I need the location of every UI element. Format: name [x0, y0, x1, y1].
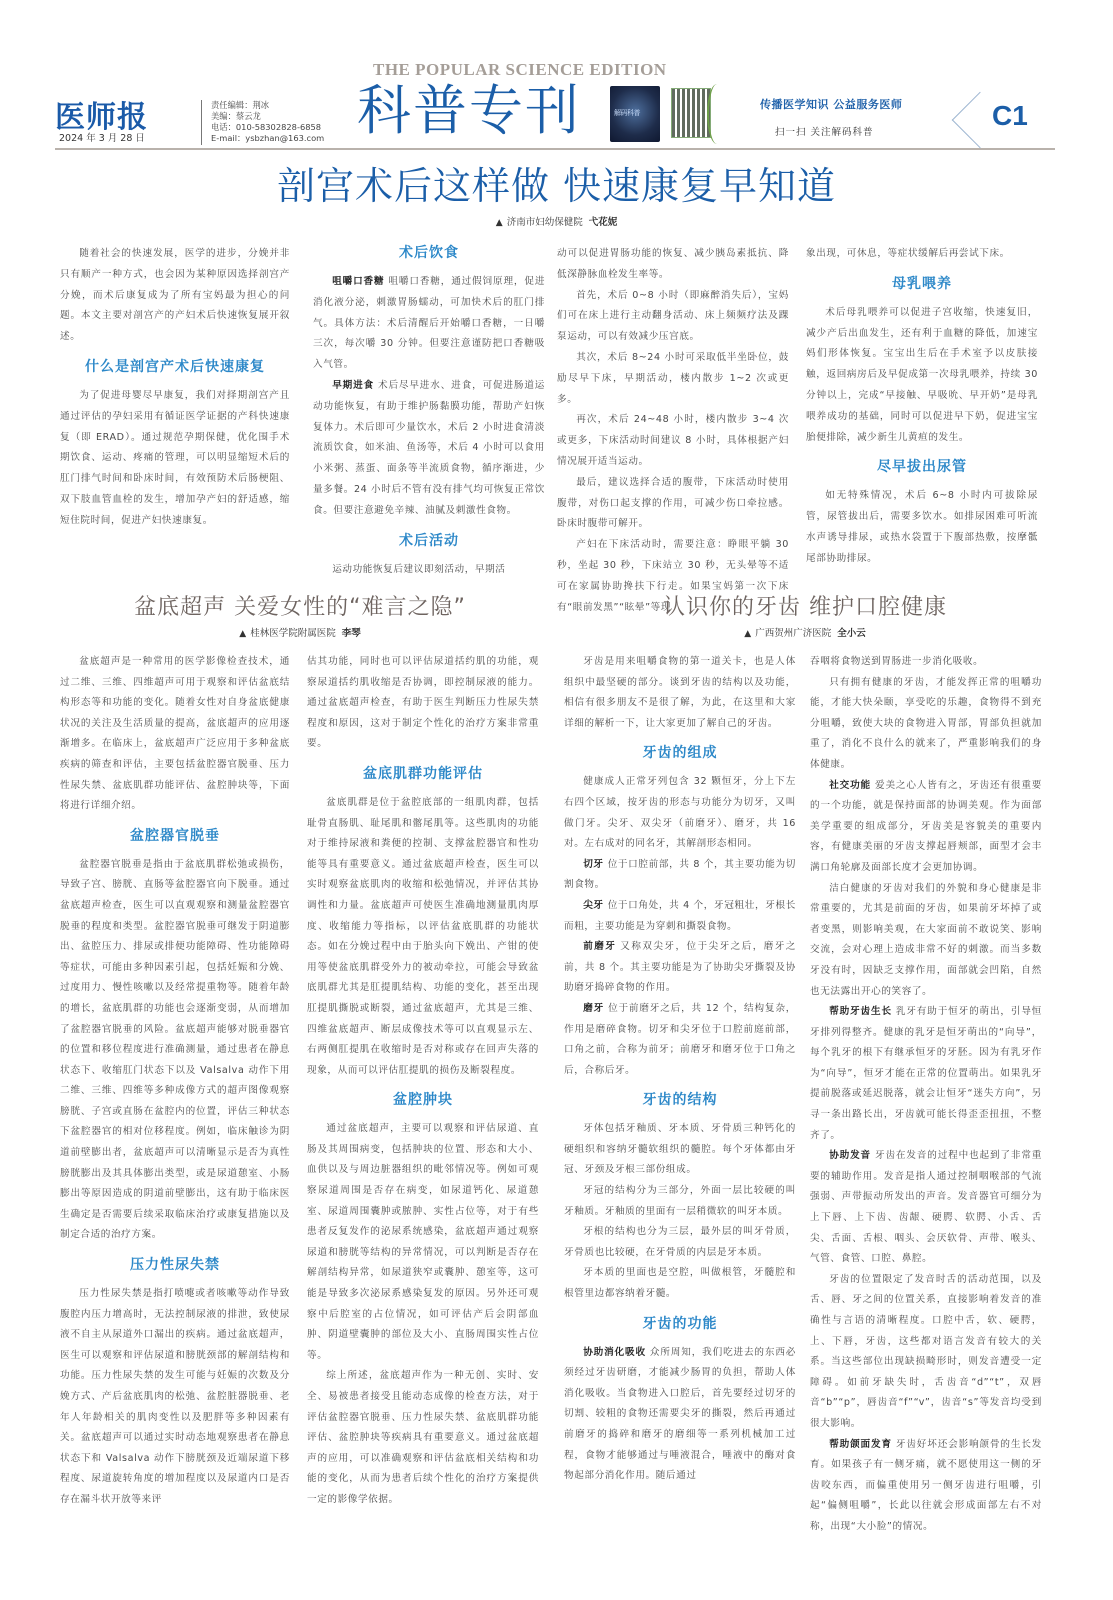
paragraph: 通过盆底超声，主要可以观察和评估尿道、直肠及其周围病变，包括肿块的位置、形态和大…: [307, 1119, 539, 1366]
article2-column-2: 估其功能，同时也可以评估尿道括约肌的功能，观察尿道括约肌收缩是否协调，即控制尿液…: [307, 652, 539, 1511]
paragraph: 估其功能，同时也可以评估尿道括约肌的功能，观察尿道括约肌收缩是否协调，即控制尿液…: [307, 652, 539, 755]
paragraph: 洁白健康的牙齿对我们的外貌和身心健康是非常重要的，尤其是前面的牙齿，如果前牙坏掉…: [810, 879, 1042, 1003]
section-heading: 术后饮食: [313, 242, 545, 264]
byline-org: 广西贺州广济医院: [755, 628, 831, 639]
paragraph-text: 众所周知，我们吃进去的东西必须经过牙齿研磨，才能减少肠胃的负担，帮助人体消化吸收…: [564, 1347, 796, 1482]
paragraph: 综上所述，盆底超声作为一种无创、实时、安全、易被患者接受且能动态成像的检查方法，…: [307, 1366, 539, 1510]
edition-slogan: 传播医学知识 公益服务医师: [760, 96, 902, 112]
issue-date: 2024 年 3 月 28 日: [59, 130, 145, 144]
section-heading: 术后活动: [313, 530, 545, 552]
program-badge-image: 解码科普: [610, 86, 660, 142]
paragraph: 象出现，可休息，等症状缓解后再尝试下床。: [806, 244, 1038, 265]
paragraph-lead: 早期进食: [332, 380, 374, 391]
paragraph: 切牙位于口腔前部，共 8 个，其主要功能为切割食物。: [564, 855, 796, 896]
paragraph-lead: 帮助颌面发育: [829, 1439, 892, 1450]
article3-column-1: 牙齿是用来咀嚼食物的第一道关卡，也是人体组织中最坚硬的部分。谈到牙齿的结构以及功…: [564, 652, 796, 1487]
article3-byline: ▲广西贺州广济医院全小云: [555, 625, 1055, 639]
triangle-icon: ▲: [496, 218, 503, 228]
section-heading: 盆腔肿块: [307, 1089, 539, 1111]
editorial-credits: 责任编辑：荆冰 美编：蔡云龙 电话：010-58302828-6858 E-ma…: [211, 100, 324, 144]
byline-author: 李琴: [342, 628, 361, 639]
paragraph: 动可以促进胃肠功能的恢复、减少胰岛素抵抗、降低深静脉血栓发生率等。: [557, 244, 789, 286]
paragraph: 盆底肌群是位于盆腔底部的一组肌肉群，包括耻骨直肠肌、耻尾肌和髂尾肌等。这些肌肉的…: [307, 793, 539, 1081]
paragraph-lead: 社交功能: [829, 780, 871, 791]
credit-designer: 美编：蔡云龙: [211, 111, 324, 122]
paragraph: 咀嚼口香糖咀嚼口香糖，通过假饲原理，促进消化液分泌，刺激胃肠蠕动，可加快术后的肛…: [313, 272, 545, 376]
paragraph: 社交功能爱美之心人皆有之，牙齿还有很重要的一个功能，就是保持面部的协调美观。作为…: [810, 776, 1042, 879]
page-number: C1: [992, 100, 1028, 132]
edition-title-english: THE POPULAR SCIENCE EDITION: [373, 60, 667, 80]
paragraph: 健康成人正常牙列包含 32 颗恒牙，分上下左右四个区域，按牙齿的形态与功能分为切…: [564, 772, 796, 854]
paragraph-text: 咀嚼口香糖，通过假饲原理，促进消化液分泌，刺激胃肠蠕动，可加快术后的肛门排气。具…: [313, 276, 545, 370]
section-heading: 压力性尿失禁: [60, 1254, 290, 1276]
paragraph: 术后母乳喂养可以促进子宫收缩，快速复旧，减少产后出血发生，还有利于血糖的降低，加…: [806, 303, 1038, 449]
section-heading: 什么是剖宫产术后快速康复: [60, 356, 290, 378]
paragraph: 尖牙位于口角处，共 4 个，牙冠粗壮，牙根长而粗，主要功能是为穿刺和撕裂食物。: [564, 896, 796, 937]
article2-column-1: 盆底超声是一种常用的医学影像检查技术，通过二维、三维、四维超声可用于观察和评估盆…: [60, 652, 290, 1511]
paragraph-lead: 尖牙: [583, 900, 604, 911]
paragraph: 只有拥有健康的牙齿，才能发挥正常的咀嚼功能，才能大快朵颐，享受吃的乐趣，食物得不…: [810, 673, 1042, 776]
paragraph: 再次，术后 24~48 小时，楼内散步 3~4 次或更多，下床活动时间建议 8 …: [557, 410, 789, 472]
paragraph: 牙冠的结构分为三部分，外面一层比较硬的叫牙釉质。牙釉质的里面有一层稍微软的叫牙本…: [564, 1181, 796, 1222]
scan-instruction: 扫一扫 关注解码科普: [775, 124, 874, 138]
paragraph: 为了促进母婴尽早康复，我们对择期剖宫产且通过评估的孕妇采用有循证医学证据的产科快…: [60, 386, 290, 532]
paragraph-lead: 咀嚼口香糖: [332, 276, 384, 287]
article3-headline: 认识你的牙齿 维护口腔健康: [555, 590, 1055, 621]
article3-column-2: 吞咽将食物送到胃肠进一步消化吸收。 只有拥有健康的牙齿，才能发挥正常的咀嚼功能，…: [810, 652, 1042, 1538]
triangle-icon: ▲: [239, 629, 246, 639]
paragraph: 随着社会的快速发展，医学的进步，分娩并非只有顺产一种方式，也会因为某种原因选择剖…: [60, 244, 290, 348]
article1-byline: ▲济南市妇幼保健院弋花妮: [0, 214, 1113, 228]
paragraph: 如无特殊情况，术后 6~8 小时内可拔除尿管，尿管拔出后，需要多饮水。如排尿困难…: [806, 486, 1038, 569]
paragraph: 吞咽将食物送到胃肠进一步消化吸收。: [810, 652, 1042, 673]
paragraph: 协助消化吸收众所周知，我们吃进去的东西必须经过牙齿研磨，才能减少肠胃的负担，帮助…: [564, 1343, 796, 1487]
paragraph: 首先，术后 0~8 小时（即麻醉消失后），宝妈们可在床上进行主动翻身活动、床上频…: [557, 286, 789, 348]
section-heading: 盆底肌群功能评估: [307, 763, 539, 785]
credit-phone: 电话：010-58302828-6858: [211, 122, 324, 133]
paragraph-text: 牙齿在发音的过程中也起到了非常重要的辅助作用。发音是指人通过控制咽喉部的气流强弱…: [810, 1150, 1042, 1264]
paragraph-lead: 帮助牙齿生长: [829, 1006, 892, 1017]
byline-author: 弋花妮: [589, 217, 618, 228]
paragraph: 最后，建议选择合适的腹带，下床活动时使用腹带，对伤口起支撑的作用，可减少伤口牵拉…: [557, 473, 789, 535]
paragraph: 牙体包括牙釉质、牙本质、牙骨质三种钙化的硬组织和容纳牙髓软组织的髓腔。每个牙体都…: [564, 1119, 796, 1181]
article1-column-1: 随着社会的快速发展，医学的进步，分娩并非只有顺产一种方式，也会因为某种原因选择剖…: [60, 244, 290, 532]
paragraph: 早期进食术后尽早进水、进食，可促进肠道运动功能恢复，有助于维护肠黏膜功能，帮助产…: [313, 376, 545, 522]
paragraph-lead: 协助消化吸收: [583, 1347, 646, 1358]
paragraph: 磨牙位于前磨牙之后，共 12 个，结构复杂，作用是磨碎食物。切牙和尖牙位于口腔前…: [564, 999, 796, 1081]
paragraph: 运动功能恢复后建议即刻活动，早期活: [313, 560, 545, 581]
byline-org: 桂林医学院附属医院: [250, 628, 336, 639]
paragraph-lead: 前磨牙: [583, 941, 616, 952]
article1-column-2: 术后饮食 咀嚼口香糖咀嚼口香糖，通过假饲原理，促进消化液分泌，刺激胃肠蠕动，可加…: [313, 240, 545, 580]
paragraph-lead: 磨牙: [583, 1003, 604, 1014]
credit-editor: 责任编辑：荆冰: [211, 100, 324, 111]
edition-title-chinese: 科普专刊: [357, 78, 581, 144]
credit-email: E-mail：ysbzhan@163.com: [211, 133, 324, 144]
masthead-divider: [201, 100, 202, 145]
paragraph: 盆腔器官脱垂是指由于盆底肌群松弛或损伤，导致子宫、膀胱、直肠等盆腔器官向下脱垂。…: [60, 855, 290, 1246]
badge-text: 解码科普: [614, 108, 640, 118]
paragraph: 前磨牙又称双尖牙，位于尖牙之后，磨牙之前，共 8 个。其主要功能是为了协助尖牙撕…: [564, 937, 796, 999]
paragraph: 牙齿的位置限定了发音时舌的活动范围，以及舌、唇、牙之间的位置关系，直接影响着发音…: [810, 1270, 1042, 1435]
paragraph-text: 爱美之心人皆有之，牙齿还有很重要的一个功能，就是保持面部的协调美观。作为面部美学…: [810, 780, 1042, 873]
paragraph-text: 术后尽早进水、进食，可促进肠道运动功能恢复，有助于维护肠黏膜功能，帮助产妇恢复体…: [313, 380, 545, 516]
paragraph: 其次，术后 8~24 小时可采取低半坐卧位，鼓励尽早下床，早期活动，楼内散步 1…: [557, 348, 789, 410]
section-heading: 牙齿的组成: [564, 742, 796, 764]
article2-headline: 盆底超声 关爱女性的“难言之隐”: [50, 590, 550, 621]
byline-author: 全小云: [837, 628, 866, 639]
paragraph: 压力性尿失禁是指打喷嚏或者咳嗽等动作导致腹腔内压力增高时，无法控制尿液的排泄，致…: [60, 1284, 290, 1511]
section-heading: 牙齿的结构: [564, 1089, 796, 1111]
triangle-icon: ▲: [744, 629, 751, 639]
article1-column-3: 动可以促进胃肠功能的恢复、减少胰岛素抵抗、降低深静脉血栓发生率等。 首先，术后 …: [557, 244, 789, 618]
qr-code-icon[interactable]: [671, 88, 711, 138]
article1-headline: 剖宫术后这样做 快速康复早知道: [0, 155, 1113, 210]
article2-byline: ▲桂林医学院附属医院李琴: [50, 625, 550, 639]
paragraph-lead: 协助发音: [829, 1150, 871, 1161]
article1-column-4: 象出现，可休息，等症状缓解后再尝试下床。 母乳喂养 术后母乳喂养可以促进子宫收缩…: [806, 244, 1038, 570]
paragraph: 牙根的结构也分为三层，最外层的叫牙骨质，牙骨质也比较硬，在牙骨质的内层是牙本质。: [564, 1222, 796, 1263]
byline-org: 济南市妇幼保健院: [507, 217, 583, 228]
paragraph-text: 牙齿好坏还会影响颌骨的生长发育。如果孩子有一侧牙痛，就不愿使用这一侧的牙齿咬东西…: [810, 1439, 1042, 1532]
vine-decoration-icon: [707, 84, 727, 144]
paragraph: 帮助牙齿生长乳牙有助于恒牙的萌出，引导恒牙排列得整齐。健康的乳牙是恒牙萌出的“向…: [810, 1002, 1042, 1146]
paragraph-lead: 切牙: [583, 859, 604, 870]
masthead: 医师报 2024 年 3 月 28 日 责任编辑：荆冰 美编：蔡云龙 电话：01…: [55, 60, 1055, 150]
paragraph-text: 乳牙有助于恒牙的萌出，引导恒牙排列得整齐。健康的乳牙是恒牙萌出的“向导”，每个乳…: [810, 1006, 1042, 1141]
paragraph: 牙本质的里面也是空腔，叫做根管，牙髓腔和根管里边都容纳着牙髓。: [564, 1263, 796, 1304]
paragraph: 帮助颌面发育牙齿好坏还会影响颌骨的生长发育。如果孩子有一侧牙痛，就不愿使用这一侧…: [810, 1435, 1042, 1538]
section-heading: 尽早拔出尿管: [806, 456, 1038, 478]
paragraph: 盆底超声是一种常用的医学影像检查技术，通过二维、三维、四维超声可用于观察和评估盆…: [60, 652, 290, 817]
paragraph: 协助发音牙齿在发音的过程中也起到了非常重要的辅助作用。发音是指人通过控制咽喉部的…: [810, 1146, 1042, 1270]
paragraph: 牙齿是用来咀嚼食物的第一道关卡，也是人体组织中最坚硬的部分。谈到牙齿的结构以及功…: [564, 652, 796, 734]
section-heading: 盆腔器官脱垂: [60, 825, 290, 847]
section-heading: 母乳喂养: [806, 273, 1038, 295]
section-heading: 牙齿的功能: [564, 1313, 796, 1335]
